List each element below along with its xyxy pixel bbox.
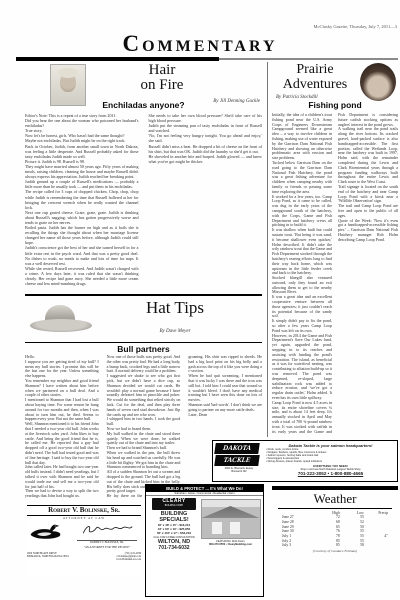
signature bbox=[73, 522, 141, 540]
fishing-pond-headline: Fishing pond bbox=[272, 100, 398, 110]
bolinske-signature-name: ROBERT V. BOLINSKE, SR. bbox=[77, 540, 137, 544]
dakota-phone: 701-222-3052 • 1-800-880-4665 bbox=[266, 471, 395, 476]
bolinske-subtitle: ATTORNEY AT LAW bbox=[27, 516, 141, 521]
hair-on-fire-title: Hair on Fire bbox=[97, 63, 227, 93]
hat-tips-title: Hat Tips bbox=[100, 298, 250, 318]
cleary-phone: 701-734-6032 bbox=[148, 545, 200, 551]
weather-credit: (Courtesy of Candace Feltman) bbox=[272, 549, 398, 553]
weather-title: Weather bbox=[272, 491, 398, 507]
enchiladas-headline: Enchiladas anyone? bbox=[25, 100, 262, 110]
newspaper-page: McClusky Gazette, Thursday, July 7, 2011… bbox=[0, 0, 400, 600]
cleary-banner: BUILD & PROTECT ... It's What We Do! bbox=[146, 485, 263, 492]
section-rule-gray bbox=[219, 58, 398, 60]
bolinske-tagline: "AN ATTORNEY FOR THE PEOPLE" bbox=[73, 545, 141, 549]
weather-rows: June 27 72 55 June 28 68 52 June 29 65 5… bbox=[282, 515, 388, 548]
bolinske-attorney-ad: Robert V. Bolinske, Sr. ATTORNEY AT LAW … bbox=[27, 505, 141, 577]
section-rule-black bbox=[16, 57, 219, 61]
building-photo bbox=[201, 499, 261, 539]
weather-rule bbox=[278, 508, 392, 509]
dakota-tackle-bullets: Rods, reels, combos & lineDodgers, flash… bbox=[266, 448, 395, 463]
hat-tips-header: Hat Tips By Dave Meyer bbox=[25, 294, 262, 343]
bolinske-name: Robert V. Bolinske, Sr. bbox=[27, 505, 141, 516]
special-item: 60' x 104' x 17' • $53,216 bbox=[148, 531, 200, 535]
cleary-logo: CLEARY BUILDING CORP. bbox=[152, 498, 196, 510]
bolinske-contact: (701) 222-2939 rvbolinske@gmail.com www.… bbox=[84, 552, 141, 562]
enchiladas-body: Editor's Note: This is a repeat of a tru… bbox=[25, 113, 262, 291]
prairie-adventures-title: Prairie Adventures bbox=[272, 63, 358, 92]
cleary-building-ad: BUILD & PROTECT ... It's What We Do! Sub… bbox=[145, 484, 264, 597]
weather-top-bar bbox=[272, 486, 398, 490]
weather-row: July 3 85 58 bbox=[282, 543, 388, 548]
dakota-tackle-address: 2601 E. Bismarck Expwy Bismarck ND bbox=[215, 467, 263, 473]
cleary-specials-list: 30' x 48' x 15' • $16,21242' x 63' x 16'… bbox=[148, 523, 200, 535]
cleary-contact: 800-373-5550 • ClearyBuilding.com bbox=[200, 543, 261, 546]
folio: McClusky Gazette, Thursday, July 7, 2011… bbox=[314, 24, 397, 29]
dakota-tackle-ad: DAKOTA TACKLE 2601 E. Bismarck Expwy Bis… bbox=[212, 440, 398, 482]
weather-table: High Low Precip June 27 72 55 June 28 68… bbox=[272, 511, 398, 549]
weather-section: Weather High Low Precip June 27 72 55 Ju… bbox=[272, 486, 398, 553]
author-photo-patricia bbox=[360, 63, 396, 101]
fishing-pond-body: Initially, the idea of a children's trou… bbox=[272, 113, 398, 435]
column-divider bbox=[267, 62, 268, 437]
bolinske-address: 2600 NORTHGATE DRIVE BISMARCK, NORTH DAK… bbox=[27, 552, 84, 562]
section-title: Commentary bbox=[0, 31, 400, 57]
hat-tips-byline: By Dave Meyer bbox=[100, 329, 250, 334]
goose-illustration bbox=[27, 522, 73, 549]
cowboy-hat-image bbox=[29, 304, 93, 334]
bull-partners-headline: Bull partners bbox=[25, 344, 262, 354]
dakota-tackle-logo: DAKOTA TACKLE 2601 E. Bismarck Expwy Bis… bbox=[215, 443, 263, 479]
cleary-specials-title: BUILDING SPECIALS! bbox=[148, 511, 200, 523]
